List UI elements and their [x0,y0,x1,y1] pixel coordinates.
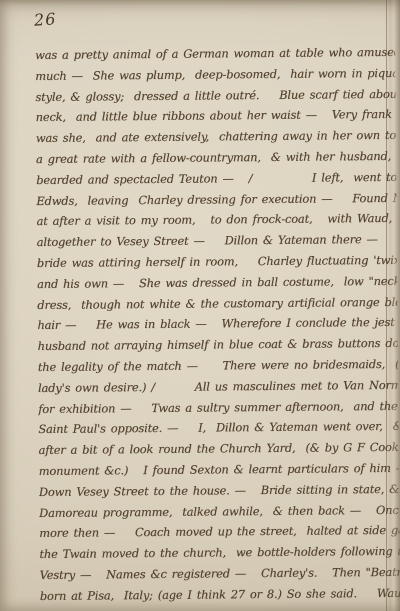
manuscript-page: 26 was a pretty animal of a German woman… [0,0,400,611]
manuscript-line: born at Pisa, Italy; (age I think 27 or … [40,583,400,607]
manuscript-line: much — She was plump, deep-bosomed, hair… [35,63,395,87]
manuscript-line: Down Vesey Street to the house. — Bride … [39,479,399,503]
manuscript-text: was a pretty animal of a German woman at… [35,42,400,607]
page-number: 26 [33,9,57,30]
manuscript-line: a great rate with a fellow-countryman, &… [36,146,396,170]
manuscript-line: bride was attiring herself in room, Char… [37,250,397,274]
manuscript-line: and his own — She was dressed in ball co… [37,271,397,295]
manuscript-line: monument &c.) I found Sexton & learnt pa… [39,458,399,482]
manuscript-line: Vestry — Names &c registered — Charley's… [40,562,400,586]
manuscript-line: the legality of the match — There were n… [38,354,398,378]
manuscript-line: was a pretty animal of a German woman at… [35,42,395,66]
manuscript-line: lady's own desire.) / All us masculines … [38,375,398,399]
manuscript-line: bearded and spectacled Teuton — / I left… [36,167,396,191]
